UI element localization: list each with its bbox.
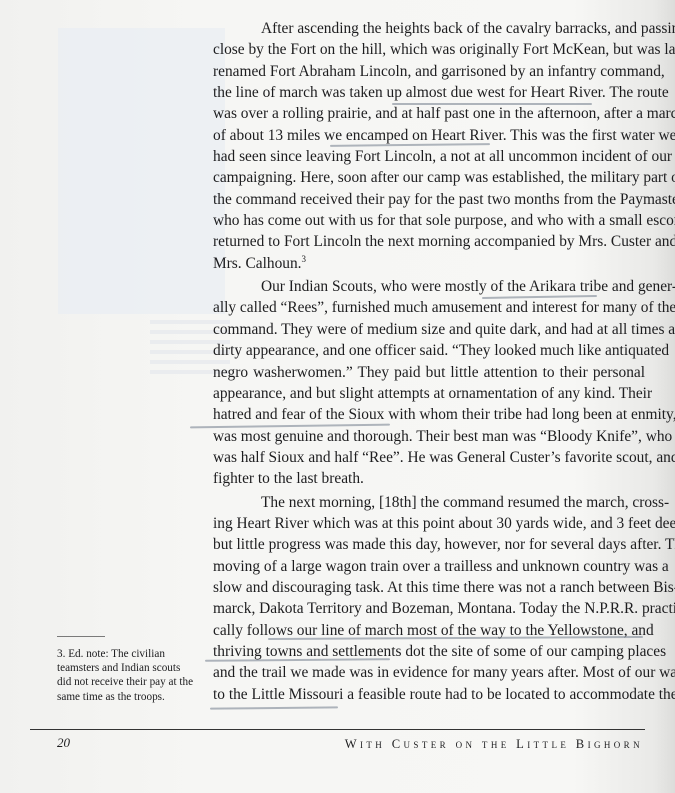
text-line: appearance, and but slight attempts at o… [213, 383, 645, 404]
text-line: command. They were of medium size and qu… [213, 319, 645, 340]
text-line: and the trail we made was in evidence fo… [213, 662, 645, 683]
running-head: With Custer on the Little Bighorn [345, 737, 643, 752]
text-line: hatred and fear of the Sioux with whom t… [213, 404, 645, 425]
text-line: The next morning, [18th] the command res… [213, 492, 645, 513]
footnote-rule [57, 636, 105, 637]
text-line: was half Sioux and half “Ree”. He was Ge… [213, 447, 645, 468]
text-line: returned to Fort Lincoln the next mornin… [213, 231, 645, 252]
text-fragment: Mrs. Calhoun. [213, 255, 302, 272]
bleed-through-photo [58, 28, 225, 314]
text-line: fighter to the last breath. [213, 468, 645, 489]
text-line: but little progress was made this day, h… [213, 534, 645, 555]
text-line: slow and discouraging task. At this time… [213, 577, 645, 598]
text-line: Mrs. Calhoun.3 [213, 253, 645, 274]
text-line: After ascending the heights back of the … [213, 18, 645, 39]
text-line: was over a rolling prairie, and at half … [213, 103, 645, 124]
paragraph-1: After ascending the heights back of the … [213, 18, 645, 274]
text-line: the line of march was taken up almost du… [213, 82, 645, 103]
text-line: campaigning. Here, soon after our camp w… [213, 167, 645, 188]
text-line: Our Indian Scouts, who were mostly of th… [213, 276, 645, 297]
text-line: negro washerwomen.” They paid but little… [213, 362, 645, 383]
text-line: renamed Fort Abraham Lincoln, and garris… [213, 61, 645, 82]
paragraph-2: Our Indian Scouts, who were mostly of th… [213, 276, 645, 489]
text-line: moving of a large wagon train over a tra… [213, 556, 645, 577]
text-line: the command received their pay for the p… [213, 189, 645, 210]
text-line: had seen since leaving Fort Lincoln, a n… [213, 146, 645, 167]
paragraph-3: The next morning, [18th] the command res… [213, 492, 645, 705]
text-line: ing Heart River which was at this point … [213, 513, 645, 534]
text-line: ally called “Rees”, furnished much amuse… [213, 297, 645, 318]
footnote-3: 3. Ed. note: The civilian teamsters and … [57, 647, 197, 704]
pencil-underline [392, 103, 592, 105]
body-text: After ascending the heights back of the … [213, 18, 645, 705]
text-line: dirty appearance, and one officer said. … [213, 340, 645, 361]
text-line: was most genuine and thorough. Their bes… [213, 426, 645, 447]
footnote-ref[interactable]: 3 [302, 254, 307, 264]
text-line: marck, Dakota Territory and Bozeman, Mon… [213, 598, 645, 619]
text-line: who has come out with us for that sole p… [213, 210, 645, 231]
text-line: close by the Fort on the hill, which was… [213, 39, 645, 60]
text-line: to the Little Missouri a feasible route … [213, 684, 645, 705]
footer-rule [30, 729, 645, 730]
page-number: 20 [57, 735, 70, 751]
